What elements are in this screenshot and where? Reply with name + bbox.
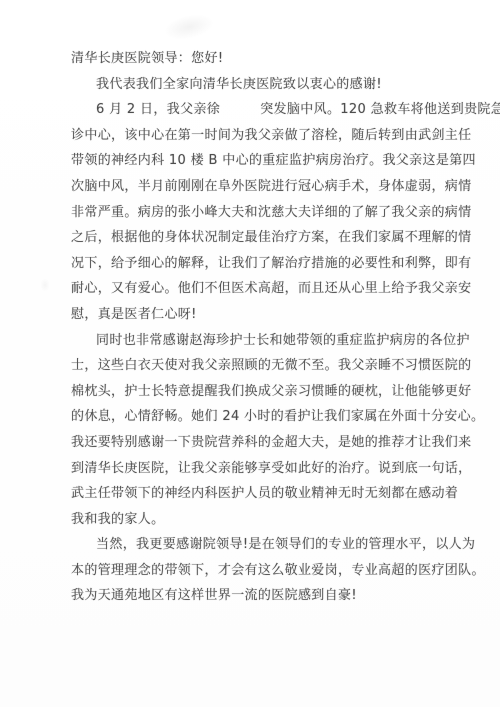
scanned-letter-page: 清华长庚医院领导：您好! 我代表我们全家向清华长庚医院致以衷心的感谢! 6 月 … bbox=[0, 0, 500, 707]
letter-line: 诊中心，该中心在第一时间为我父亲做了溶栓，随后转到由武剑主任 bbox=[71, 123, 451, 149]
letter-line: 我代表我们全家向清华长庚医院致以衷心的感谢! bbox=[71, 72, 451, 98]
letter-line: 士，这些白衣天使对我父亲照顾的无微不至。我父亲睡不习惯医院的 bbox=[71, 353, 451, 379]
letter-line: 带领的神经内科 10 楼 B 中心的重症监护病房治疗。我父亲这是第四 bbox=[71, 148, 451, 174]
letter-line: 耐心，又有爱心。他们不但医术高超，而且还从心里上给予我父亲安 bbox=[71, 276, 451, 302]
letter-line: 慰，真是医者仁心呀! bbox=[71, 302, 451, 328]
letter-line: 6 月 2 日，我父亲徐 突发脑中风。120 急救车将他送到贵院急 bbox=[71, 97, 451, 123]
letter-body: 清华长庚医院领导：您好! 我代表我们全家向清华长庚医院致以衷心的感谢! 6 月 … bbox=[71, 46, 451, 609]
letter-line: 当然，我更要感谢院领导!是在领导们的专业的管理水平，以人为 bbox=[71, 532, 451, 558]
letter-line: 到清华长庚医院，让我父亲能够享受如此好的治疗。说到底一句话， bbox=[71, 456, 451, 482]
letter-line: 我还要特别感谢一下贵院营养科的金超大夫，是她的推荐才让我们来 bbox=[71, 430, 451, 456]
letter-line: 我为天通苑地区有这样世界一流的医院感到自豪! bbox=[71, 583, 451, 609]
scan-smudge-artifact bbox=[163, 11, 215, 42]
letter-line: 之后，根据他的身体状况制定最佳治疗方案，在我们家属不理解的情 bbox=[71, 225, 451, 251]
letter-line: 的休息，心情舒畅。她们 24 小时的看护让我们家属在外面十分安心。 bbox=[71, 404, 451, 430]
letter-line: 况下，给予细心的解释，让我们了解治疗措施的必要性和利弊，即有 bbox=[71, 251, 451, 277]
letter-line: 本的管理理念的带领下，才会有这么敬业爱岗，专业高超的医疗团队。 bbox=[71, 558, 451, 584]
letter-line: 次脑中风，半月前刚刚在阜外医院进行冠心病手术，身体虚弱，病情 bbox=[71, 174, 451, 200]
letter-line: 同时也非常感谢赵海珍护士长和她带领的重症监护病房的各位护 bbox=[71, 328, 451, 354]
letter-line: 非常严重。病房的张小峰大夫和沈慈大夫详细的了解了我父亲的病情 bbox=[71, 200, 451, 226]
letter-salutation: 清华长庚医院领导：您好! bbox=[71, 46, 451, 72]
letter-line: 我和我的家人。 bbox=[71, 507, 451, 533]
letter-line: 武主任带领下的神经内科医护人员的敬业精神无时无刻都在感动着 bbox=[71, 481, 451, 507]
letter-line: 棉枕头，护士长特意提醒我们换成父亲习惯睡的硬枕，让他能够更好 bbox=[71, 379, 451, 405]
scan-smudge-artifact bbox=[40, 278, 50, 292]
